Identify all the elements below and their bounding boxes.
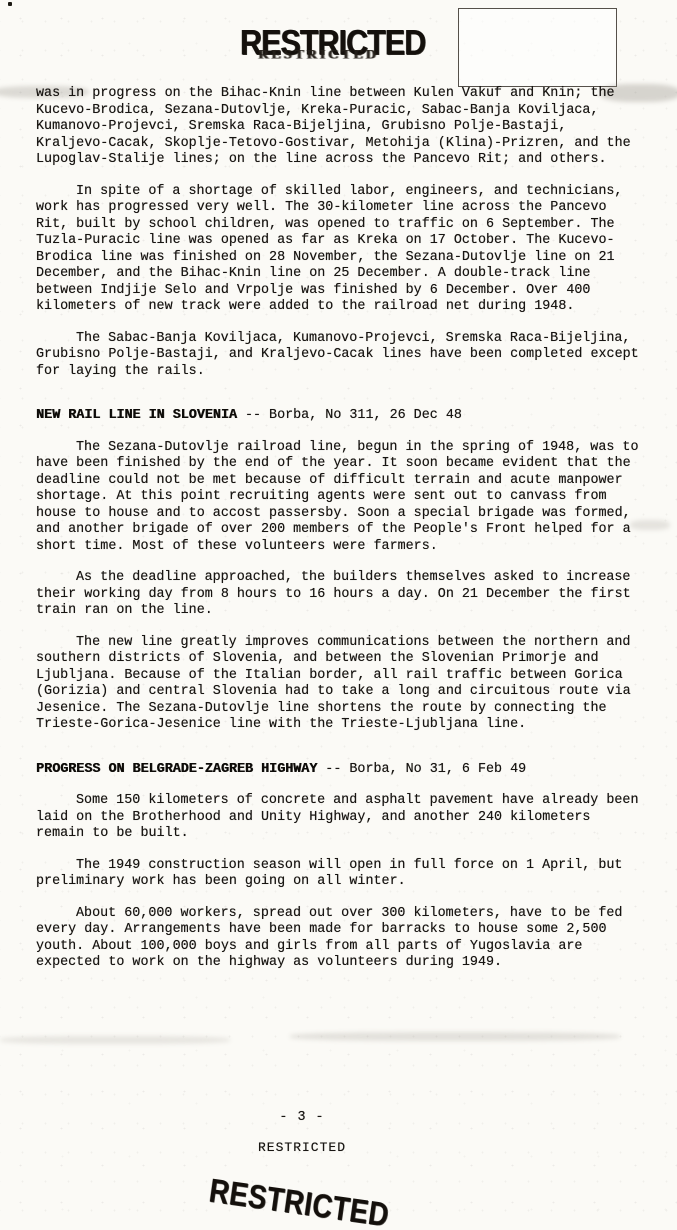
section-source-citation: -- Borba, No 31, 6 Feb 49 [325,762,526,777]
restricted-stamp-overprint: RESTRICTED [258,47,378,62]
paragraph: The new line greatly improves communicat… [36,635,643,734]
paragraph-continuation: was in progress on the Bihac-Knin line b… [36,86,643,169]
paragraph: The Sabac-Banja Koviljaca, Kumanovo-Proj… [36,331,643,381]
section-heading-highway: PROGRESS ON BELGRADE-ZAGREB HIGHWAY-- Bo… [36,762,643,779]
scan-artifact-dot [8,2,12,6]
paragraph: The 1949 construction season will open i… [36,858,643,891]
scan-smudge [0,1036,230,1044]
restricted-stamp-bottom: RESTRICTED [207,1172,392,1230]
section-source-citation: -- Borba, No 311, 26 Dec 48 [245,408,462,423]
paragraph: As the deadline approached, the builders… [36,570,643,620]
paragraph: In spite of a shortage of skilled labor,… [36,184,643,316]
paragraph: Some 150 kilometers of concrete and asph… [36,793,643,843]
page-number: - 3 - [0,1110,604,1125]
section-title: NEW RAIL LINE IN SLOVENIA [36,408,237,423]
paragraph: About 60,000 workers, spread out over 30… [36,906,643,972]
section-heading-slovenia: NEW RAIL LINE IN SLOVENIA-- Borba, No 31… [36,408,643,425]
document-page: RESTRICTED RESTRICTED was in progress on… [0,0,677,1230]
empty-stamp-box [458,8,617,87]
section-title: PROGRESS ON BELGRADE-ZAGREB HIGHWAY [36,762,317,777]
restricted-stamp-top: RESTRICTED RESTRICTED [240,24,410,70]
footer-classification-line: RESTRICTED [0,1140,604,1155]
scan-smudge [290,1032,620,1041]
paragraph: The Sezana-Dutovlje railroad line, begun… [36,440,643,556]
document-body: was in progress on the Bihac-Knin line b… [36,86,643,972]
